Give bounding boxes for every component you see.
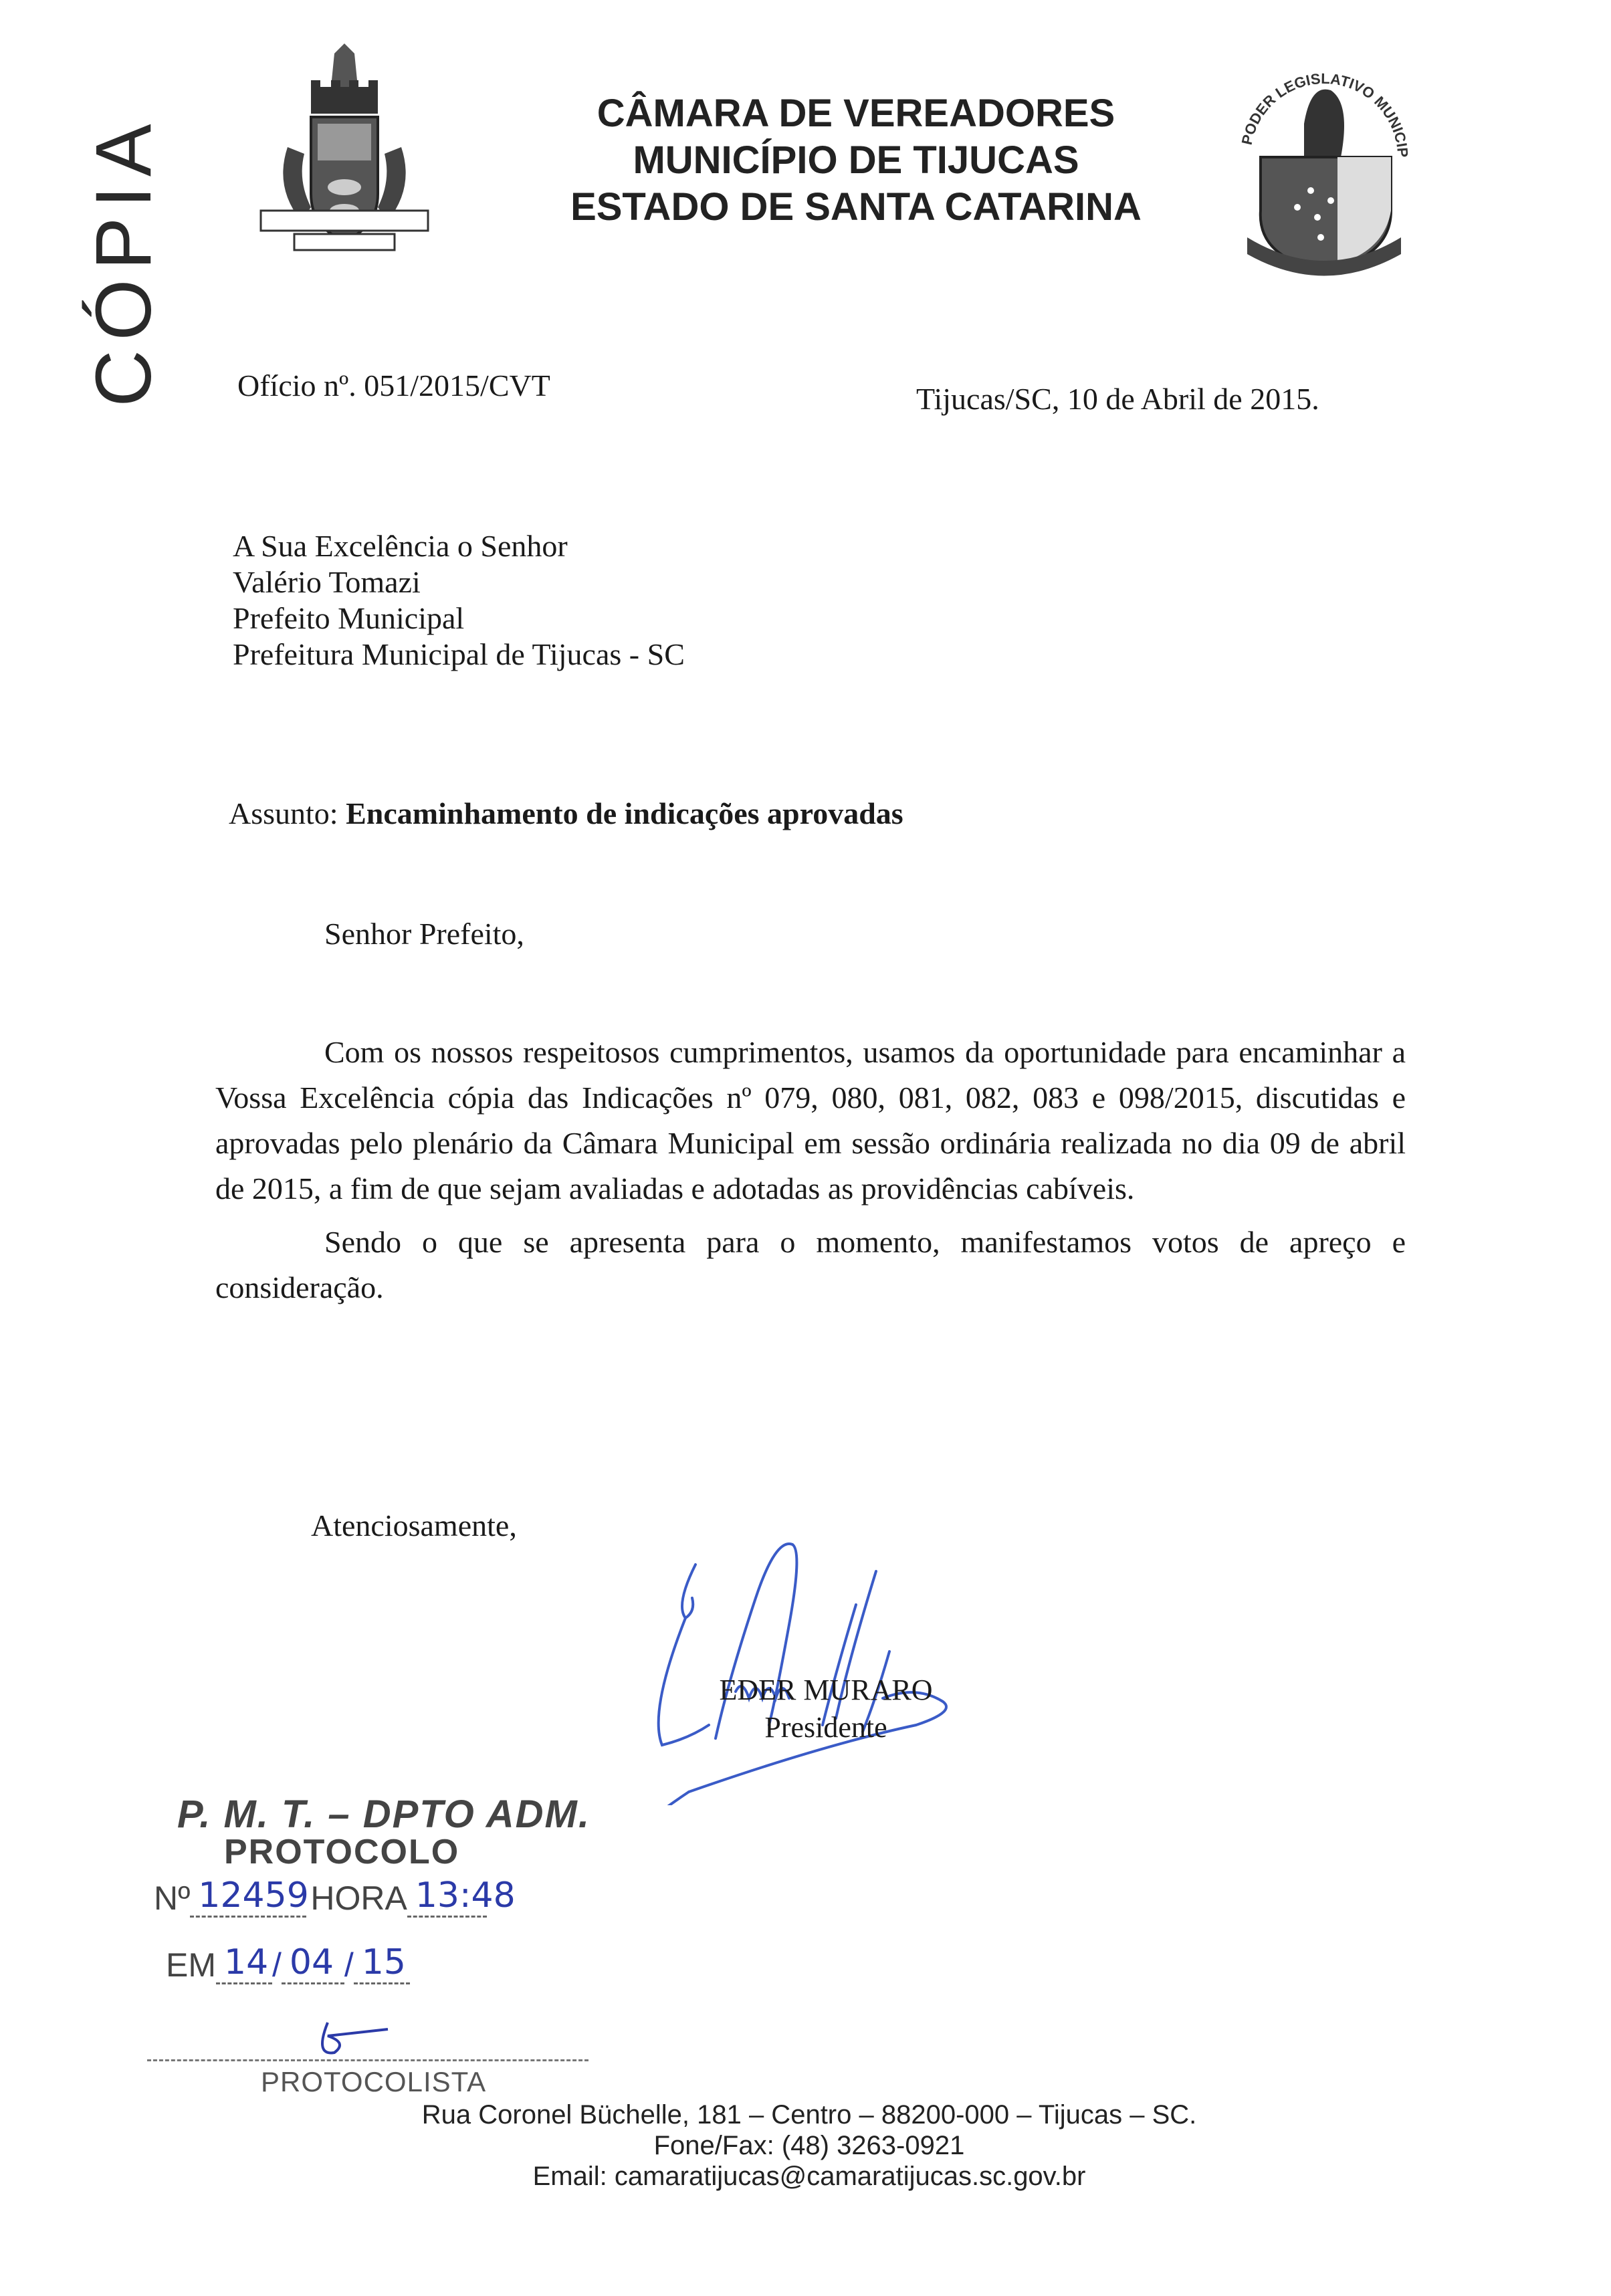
stamp-date-month: 04: [282, 1942, 344, 1984]
body-paragraph: Com os nossos respeitosos cumprimentos, …: [215, 1030, 1406, 1212]
stamp-hora-value: 13:48: [407, 1875, 487, 1918]
handwritten-signature: [622, 1524, 1157, 1805]
salutation: Senhor Prefeito,: [324, 916, 524, 951]
stamp-number-row: Nº 12459 HORA 13:48: [154, 1875, 487, 1918]
signer-title: Presidente: [679, 1709, 973, 1746]
addressee-line: A Sua Excelência o Senhor: [233, 528, 685, 564]
closing: Atenciosamente,: [311, 1508, 517, 1543]
subject-label: Assunto:: [229, 796, 338, 830]
stamp-title: PROTOCOLO: [224, 1832, 459, 1872]
addressee-line: Prefeito Municipal: [233, 600, 685, 637]
protocolist-initial: [308, 2016, 401, 2063]
legislative-crest-icon: PODER LEGISLATIVO MUNICIPAL: [1230, 57, 1418, 284]
document-reference: Ofício nº. 051/2015/CVT: [237, 368, 550, 403]
signer-name: EDER MURARO: [679, 1672, 973, 1709]
stamp-department: P. M. T. – DPTO ADM.: [177, 1792, 590, 1837]
addressee-block: A Sua Excelência o Senhor Valério Tomazi…: [233, 528, 685, 673]
letter-body: Com os nossos respeitosos cumprimentos, …: [215, 1030, 1406, 1310]
header-line-2: MUNICÍPIO DE TIJUCAS: [555, 137, 1157, 184]
subject-line: Assunto: Encaminhamento de indicações ap…: [229, 796, 903, 831]
stamp-hora-label: HORA: [310, 1879, 407, 1918]
footer-phone: Fone/Fax: (48) 3263-0921: [361, 2130, 1257, 2161]
addressee-line: Valério Tomazi: [233, 564, 685, 600]
header-line-1: CÂMARA DE VEREADORES: [555, 90, 1157, 137]
subject-text: Encaminhamento de indicações aprovadas: [346, 796, 903, 830]
stamp-number-label: Nº: [154, 1879, 190, 1918]
stamp-date-year: 15: [354, 1942, 410, 1984]
stamp-number-value: 12459: [190, 1875, 306, 1918]
document-date: Tijucas/SC, 10 de Abril de 2015.: [916, 381, 1319, 417]
stamp-role: PROTOCOLISTA: [261, 2066, 486, 2098]
letterhead-footer: Rua Coronel Büchelle, 181 – Centro – 882…: [361, 2099, 1257, 2192]
copia-watermark: CÓPIA: [80, 120, 167, 401]
body-paragraph: Sendo o que se apresenta para o momento,…: [215, 1220, 1406, 1310]
footer-email: Email: camaratijucas@camaratijucas.sc.go…: [361, 2161, 1257, 2192]
signer-block: EDER MURARO Presidente: [679, 1672, 973, 1746]
letterhead-title: CÂMARA DE VEREADORES MUNICÍPIO DE TIJUCA…: [555, 90, 1157, 231]
footer-address: Rua Coronel Büchelle, 181 – Centro – 882…: [361, 2099, 1257, 2130]
addressee-line: Prefeitura Municipal de Tijucas - SC: [233, 637, 685, 673]
stamp-date-day: 14: [216, 1942, 272, 1984]
municipal-coat-of-arms-icon: [247, 40, 441, 267]
copia-text: CÓPIA: [78, 114, 169, 407]
stamp-date-row: EM 14 / 04 / 15: [166, 1942, 410, 1984]
stamp-em-label: EM: [166, 1946, 216, 1984]
protocolist-signature-line: [147, 2059, 588, 2061]
header-line-3: ESTADO DE SANTA CATARINA: [555, 184, 1157, 231]
